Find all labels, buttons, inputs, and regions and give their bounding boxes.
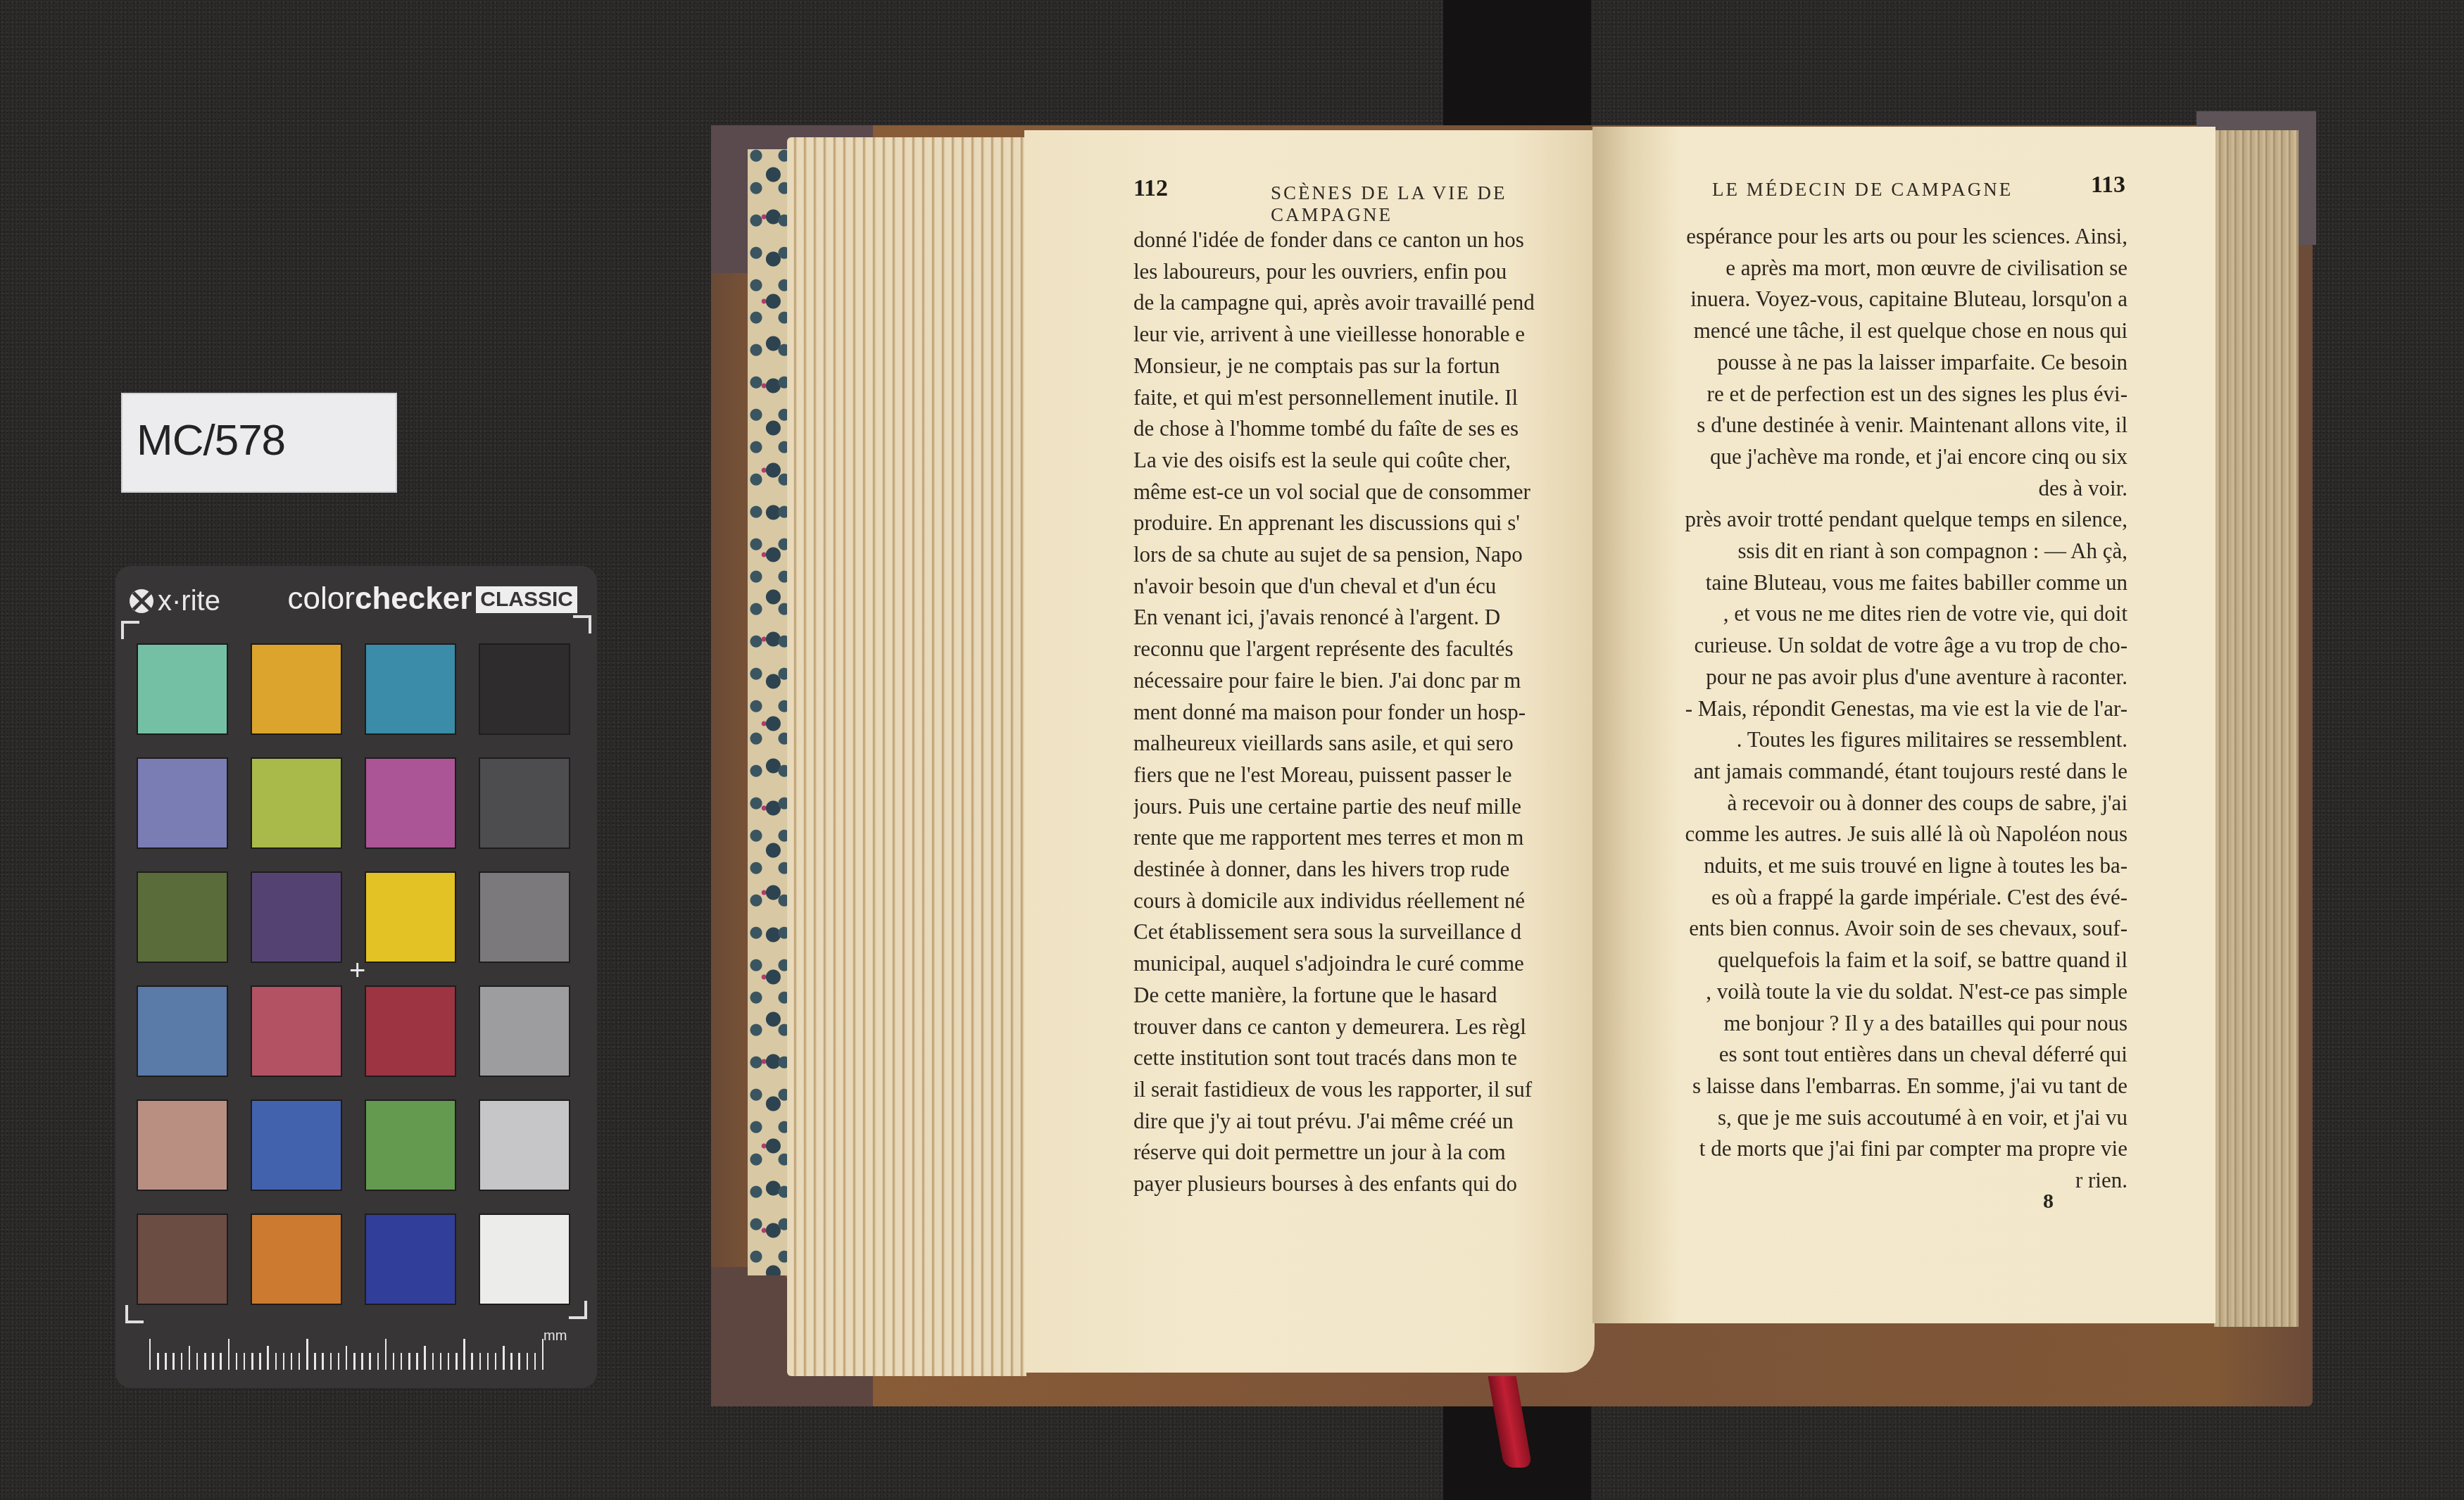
ruler-tick — [157, 1353, 158, 1370]
text-line: nduits, et me suis trouvé en ligne à tou… — [1592, 850, 2127, 882]
text-line: . Toutes les figures militaires se resse… — [1592, 724, 2127, 756]
color-patch — [479, 1099, 570, 1191]
text-line: lors de sa chute au sujet de sa pension,… — [1133, 539, 1595, 571]
ruler-tick — [346, 1346, 347, 1370]
color-patch — [251, 1214, 342, 1305]
text-line: mencé une tâche, il est quelque chose en… — [1592, 315, 2127, 347]
text-line: , et vous ne me dites rien de votre vie,… — [1592, 598, 2127, 630]
ruler-tick — [487, 1353, 489, 1370]
ruler-tick — [267, 1346, 268, 1370]
ruler-tick — [361, 1353, 363, 1370]
text-line: espérance pour les arts ou pour les scie… — [1592, 221, 2127, 253]
text-line: reconnu que l'argent représente des facu… — [1133, 634, 1595, 665]
ruler-tick — [338, 1353, 339, 1370]
text-line: près avoir trotté pendant quelque temps … — [1592, 504, 2127, 536]
color-patch — [251, 871, 342, 963]
text-line: me bonjour ? Il y a des batailles qui po… — [1592, 1008, 2127, 1040]
text-line: que j'achève ma ronde, et j'ai encore ci… — [1592, 441, 2127, 473]
ruler-tick — [369, 1353, 370, 1370]
ruler-tick — [432, 1353, 434, 1370]
text-line: les laboureurs, pour les ouvriers, enfin… — [1133, 256, 1595, 288]
text-line: s, que je me suis accoutumé à en voir, e… — [1592, 1102, 2127, 1134]
color-patch — [365, 1214, 456, 1305]
text-line: , voilà toute la vie du soldat. N'est-ce… — [1592, 976, 2127, 1008]
color-patch — [365, 985, 456, 1077]
ruler-tick — [448, 1353, 449, 1370]
color-patch — [137, 985, 228, 1077]
color-patch — [479, 985, 570, 1077]
text-line: n'avoir besoin que d'un cheval et d'un é… — [1133, 571, 1595, 603]
text-line: De cette manière, la fortune que le hasa… — [1133, 980, 1595, 1011]
text-line: taine Bluteau, vous me faites babiller c… — [1592, 567, 2127, 599]
text-line: municipal, auquel s'adjoindra le curé co… — [1133, 948, 1595, 980]
text-line: En venant ici, j'avais renoncé à l'argen… — [1133, 602, 1595, 634]
ruler-tick — [283, 1353, 284, 1370]
color-checker-card: x·rite colorcheckerCLASSIC + mm — [115, 566, 597, 1388]
registration-corner-icon — [573, 615, 591, 634]
ruler-tick — [408, 1353, 410, 1370]
product-name-light: color — [288, 581, 355, 616]
text-line: ssis dit en riant à son compagnon : — Ah… — [1592, 536, 2127, 567]
ruler-tick — [479, 1353, 481, 1370]
ruler-tick — [220, 1353, 221, 1370]
shelfmark-text: MC/578 — [137, 415, 285, 465]
color-patch — [251, 643, 342, 735]
signature-mark: 8 — [2043, 1190, 2054, 1214]
color-patch — [137, 643, 228, 735]
ruler-tick — [495, 1353, 496, 1370]
text-line: pousse à ne pas la laisser imparfaite. C… — [1592, 347, 2127, 379]
ruler-tick — [377, 1353, 379, 1370]
color-patch — [137, 1099, 228, 1191]
ruler-tick — [196, 1353, 198, 1370]
text-line: réserve qui doit permettre un jour à la … — [1133, 1137, 1595, 1168]
page-number: 112 — [1133, 175, 1168, 202]
text-line: fiers que ne l'est Moreau, puissent pass… — [1133, 760, 1595, 791]
text-line: Cet établissement sera sous la surveilla… — [1133, 916, 1595, 948]
color-patch — [137, 871, 228, 963]
text-line: e après ma mort, mon œuvre de civilisati… — [1592, 253, 2127, 284]
ruler-tick — [314, 1353, 315, 1370]
ruler-tick — [330, 1353, 332, 1370]
text-line: es sont tout entières dans un cheval déf… — [1592, 1039, 2127, 1071]
ruler-tick — [189, 1346, 190, 1370]
product-badge: CLASSIC — [476, 586, 577, 613]
text-line: payer plusieurs bourses à des enfants qu… — [1133, 1168, 1595, 1200]
ruler-tick — [322, 1353, 323, 1370]
colorchecker-title: colorcheckerCLASSIC — [288, 581, 577, 617]
ruler-tick — [471, 1353, 472, 1370]
right-page: LE MÉDECIN DE CAMPAGNE 113 espérance pou… — [1592, 127, 2215, 1323]
text-line: leur vie, arrivent à une vieillesse hono… — [1133, 319, 1595, 351]
ruler-tick — [463, 1339, 465, 1370]
ruler-tick — [244, 1353, 245, 1370]
text-line: faite, et qui m'est personnellement inut… — [1133, 382, 1595, 414]
ruler-tick — [393, 1353, 394, 1370]
text-line: es où a frappé la garde impériale. C'est… — [1592, 882, 2127, 914]
text-line: à recevoir ou à donner des coups de sabr… — [1592, 788, 2127, 819]
text-line: même est-ce un vol social que de consomm… — [1133, 477, 1595, 508]
text-line: trouver dans ce canton y demeurera. Les … — [1133, 1011, 1595, 1043]
text-line: s laisse dans l'embarras. En somme, j'ai… — [1592, 1071, 2127, 1102]
ruler-tick — [251, 1353, 253, 1370]
shelfmark-label: MC/578 — [121, 393, 397, 493]
ruler-tick — [455, 1353, 457, 1370]
ruler-tick — [165, 1353, 166, 1370]
left-page-block-edges — [787, 137, 1026, 1376]
left-page: 112 SCÈNES DE LA VIE DE CAMPAGNE donné l… — [1024, 130, 1595, 1373]
ruler-tick — [503, 1346, 504, 1370]
text-line: cette institution sont tout tracés dans … — [1133, 1042, 1595, 1074]
text-line: La vie des oisifs est la seule qui coûte… — [1133, 445, 1595, 477]
marbled-endpaper — [748, 149, 788, 1275]
ruler-tick — [236, 1353, 237, 1370]
color-patch — [479, 1214, 570, 1305]
color-patch — [365, 757, 456, 849]
text-line: inuera. Voyez-vous, capitaine Bluteau, l… — [1592, 284, 2127, 315]
text-line: des à voir. — [1592, 473, 2127, 505]
text-line: nécessaire pour faire le bien. J'ai donc… — [1133, 665, 1595, 697]
ruler-tick — [353, 1353, 355, 1370]
registration-corner-icon — [121, 621, 139, 639]
text-line: Monsieur, je ne comptais pas sur la fort… — [1133, 351, 1595, 382]
ruler-tick — [534, 1353, 536, 1370]
registration-corner-icon — [125, 1305, 144, 1323]
ruler-tick — [401, 1353, 402, 1370]
text-line: cours à domicile aux individus réellemen… — [1133, 885, 1595, 917]
ruler-tick — [275, 1353, 277, 1370]
color-patch — [365, 871, 456, 963]
page-text: donné l'idée de fonder dans ce canton un… — [1133, 225, 1595, 1200]
color-patch — [137, 757, 228, 849]
ruler-tick — [510, 1353, 512, 1370]
text-line: donné l'idée de fonder dans ce canton un… — [1133, 225, 1595, 256]
text-line: t de morts que j'ai fini par compter ma … — [1592, 1133, 2127, 1165]
right-page-block-edges — [2214, 130, 2299, 1327]
text-line: ents bien connus. Avoir soin de ses chev… — [1592, 913, 2127, 945]
crosshair-icon: + — [349, 957, 365, 985]
ruler-tick — [298, 1353, 300, 1370]
text-line: rente que me rapportent mes terres et mo… — [1133, 822, 1595, 854]
text-line: quelquefois la faim et la soif, se battr… — [1592, 945, 2127, 976]
ruler-tick — [291, 1353, 292, 1370]
text-line: ment donné ma maison pour fonder un hosp… — [1133, 697, 1595, 729]
product-name-bold: checker — [355, 581, 472, 616]
running-head: SCÈNES DE LA VIE DE CAMPAGNE — [1271, 182, 1595, 226]
ruler-tick — [259, 1353, 260, 1370]
ruler-tick — [306, 1339, 308, 1370]
page-number: 113 — [2091, 172, 2125, 198]
color-patch — [137, 1214, 228, 1305]
text-line: dire que j'y ai tout prévu. J'ai même cr… — [1133, 1106, 1595, 1137]
color-patch — [251, 985, 342, 1077]
text-line: re et de perfection est un des signes le… — [1592, 379, 2127, 410]
ruler-tick — [416, 1353, 417, 1370]
ruler-tick — [204, 1353, 206, 1370]
xrite-logo: x·rite — [130, 586, 220, 617]
page-text: espérance pour les arts ou pour les scie… — [1592, 221, 2127, 1197]
color-patch — [479, 643, 570, 735]
text-line: comme les autres. Je suis allé là où Nap… — [1592, 819, 2127, 850]
color-patch — [251, 757, 342, 849]
running-head: LE MÉDECIN DE CAMPAGNE — [1712, 179, 2013, 201]
ruler-tick — [527, 1353, 528, 1370]
ruler-tick — [424, 1346, 425, 1370]
ruler-tick — [212, 1353, 213, 1370]
text-line: de chose à l'homme tombé du faîte de ses… — [1133, 413, 1595, 445]
text-line: - Mais, répondit Genestas, ma vie est la… — [1592, 693, 2127, 725]
text-line: il serait fastidieux de vous les rapport… — [1133, 1074, 1595, 1106]
text-line: ant jamais commandé, étant toujours rest… — [1592, 756, 2127, 788]
registration-corner-icon — [569, 1301, 587, 1319]
ruler-unit: mm — [543, 1328, 567, 1344]
ruler-tick — [440, 1353, 441, 1370]
ruler-tick — [181, 1353, 182, 1370]
text-line: de la campagne qui, après avoir travaill… — [1133, 287, 1595, 319]
ruler-tick — [518, 1353, 520, 1370]
text-line: curieuse. Un soldat de votre âge a vu tr… — [1592, 630, 2127, 662]
color-patch — [251, 1099, 342, 1191]
text-line: malheureux vieillards sans asile, et qui… — [1133, 728, 1595, 760]
brand-text: x·rite — [158, 586, 220, 617]
text-line: pour ne pas avoir plus d'une aventure à … — [1592, 662, 2127, 693]
ruler-tick — [228, 1339, 230, 1370]
ruler-tick — [385, 1339, 386, 1370]
mm-ruler — [149, 1337, 543, 1370]
color-patch — [365, 1099, 456, 1191]
text-line: destinée à donner, dans les hivers trop … — [1133, 854, 1595, 885]
ruler-tick — [149, 1339, 151, 1370]
color-patch — [479, 757, 570, 849]
text-line: jours. Puis une certaine partie des neuf… — [1133, 791, 1595, 823]
text-line: s d'une destinée à venir. Maintenant all… — [1592, 410, 2127, 441]
ruler-tick — [172, 1353, 174, 1370]
text-line: produire. En apprenant les discussions q… — [1133, 508, 1595, 539]
color-patch — [365, 643, 456, 735]
color-patch — [479, 871, 570, 963]
xrite-logo-icon — [130, 589, 153, 613]
